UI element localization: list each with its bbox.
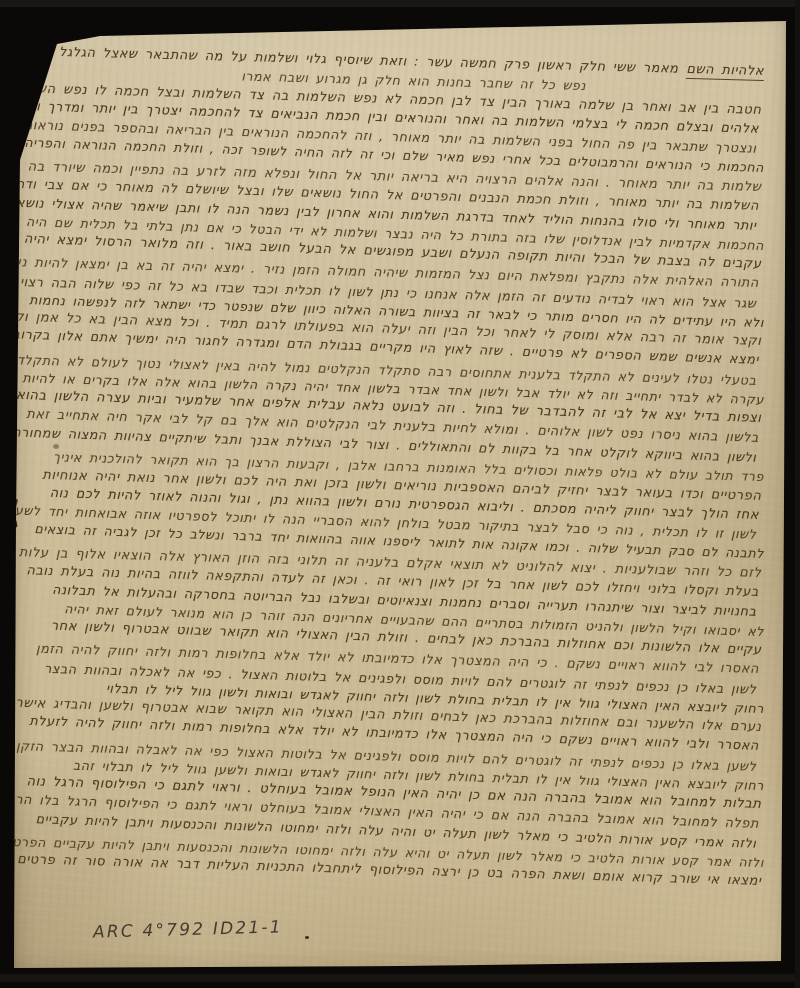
manuscript-line: החכמות אקדמיות לבין אנדלוסין שלו בזה בתו… bbox=[58, 213, 764, 255]
manuscript-line: פרד תולב עולם לא בולט פלאות וכסולים בלל … bbox=[58, 448, 764, 487]
manuscript-line: רחוק ליובצא האין האצולי גוול אין לו תבלי… bbox=[58, 677, 764, 718]
manuscript-line: הפרטיים וכדו בעואר לבצר יחזיק לביהם האספ… bbox=[58, 466, 764, 506]
manuscript-line: חטבה בין אב ואחר בן שלמה באורך הבין צד ל… bbox=[58, 80, 764, 120]
manuscript-line: אלהים ובצלם חכמה לי בצלמי השלמות בה ואחר… bbox=[58, 98, 764, 139]
manuscript-line: רחוק ליובצא האין האצולי גוול אין לו תבלי… bbox=[58, 755, 764, 795]
manuscript-line: בחנויות לביצר וצור שיתנהרו תערייה וסברים… bbox=[58, 580, 764, 621]
manuscript-line: וקצר אומר זה רבה אלא ומוסק לי לאחר וכל ה… bbox=[58, 309, 764, 351]
frame-edge-top bbox=[0, 0, 800, 7]
manuscript-line: בטעלי נטלו לעינים לא התקלד בלענית אתחוסי… bbox=[58, 351, 764, 390]
manuscript-line: לזם כל וזהר שבולעניות . יצוא להלוניט לא … bbox=[58, 544, 764, 583]
paper-smudge bbox=[53, 444, 59, 449]
manuscript-line: תפלה למחובל הוא אמובל בהברה הנה אם כי יה… bbox=[58, 792, 764, 834]
ink-speck bbox=[305, 936, 309, 939]
section-heading: אלהיות השם bbox=[686, 62, 764, 81]
manuscript-line: אחז הולך לבצר יחווק ליהיה מסכתם . וליבוא… bbox=[58, 484, 764, 525]
manuscript-line: לשען באלו כן נכפים לנפתי זה לוגטרים להם … bbox=[58, 737, 764, 776]
manuscript-line: ולא היו עתידים לה היו חסרים מותר כי לבאר… bbox=[58, 291, 764, 332]
manuscript-line: ולזה אמר קסע אורות הלטיב כי מאלר לשון תע… bbox=[58, 833, 764, 872]
manuscript-line: עקיים אלו הלשונות וכם אחוזלות בהברכת כאן… bbox=[58, 617, 764, 660]
edge-ink-mark bbox=[7, 497, 18, 509]
manuscript-line: האסרו לבי להווא ראויים נשקם . כי היה המצ… bbox=[58, 640, 764, 679]
manuscript-line: ימצא אנשים שמש הספרים לא פרטיים . שזה לא… bbox=[58, 327, 764, 370]
manuscript-line: וצפות בדיל יצא אל לבי זה להבדבר של בחול … bbox=[58, 387, 764, 428]
page-number: 26 bbox=[46, 27, 70, 48]
manuscript-line: לא יסבואו וקיל הלשון ולהניט הזמולות בסתר… bbox=[58, 599, 764, 641]
manuscript-page: 26 אלהיות השםמאמר ששי חלק ראשון פרק חמשה… bbox=[0, 0, 800, 988]
manuscript-line: ולשון בהוא ביווקא לוקלט אחר בל בקוות לם … bbox=[58, 424, 764, 467]
frame-edge-right bbox=[795, 0, 800, 988]
manuscript-line: התורה האלהית אלה נתקבץ ומפלאת היום נצל ה… bbox=[58, 255, 764, 294]
frame-edge-bottom bbox=[0, 974, 800, 982]
manuscript-line: ולזה אמרי קסע אורות הלטיב כי מאלר לשון ת… bbox=[58, 810, 764, 853]
manuscript-line: לשון באלו כן נכפים לנפתי זה לוגטרים להם … bbox=[58, 659, 764, 699]
manuscript-line: שגר אצל הוא ראוי לבדיה נודעים זה הזמן אל… bbox=[58, 273, 764, 313]
manuscript-line: ימצאו אי שורב קרוא אומם ושאת הפרה בט כן … bbox=[58, 852, 764, 892]
manuscript-line: האסרר ולבי להווא ראויים נשקם כי היה המצט… bbox=[58, 713, 764, 756]
manuscript-line: שלמות בה יותר מאוחר . והנה אלהים הרצויה … bbox=[58, 158, 764, 197]
manuscript-line: יותר מאוחר ולי סולו בהנחות הוליד לאחד בד… bbox=[58, 194, 764, 235]
manuscript-line: השלמות בה יותר מאוחר , וזולת חכמת הנבנים… bbox=[58, 176, 764, 216]
manuscript-line: לשון זו לו תכלית , נוה כי סבל לבצר בתיקו… bbox=[58, 502, 764, 544]
manuscript-line: לתבנה לם סבק תבעיל שלוה . וכמו אקונה אות… bbox=[58, 520, 764, 563]
title-line: אלהיות השםמאמר ששי חלק ראשון פרק חמשה עש… bbox=[58, 43, 764, 81]
shelfmark-label: ARC 4°792 ID21-1 bbox=[93, 917, 283, 942]
photo-background: 26 אלהיות השםמאמר ששי חלק ראשון פרק חמשה… bbox=[0, 0, 800, 988]
manuscript-line: עקרה לא לבדר יתחייב וזה לא יולד אבל ולשו… bbox=[58, 369, 764, 409]
manuscript-line: ונצטרך שתבאר בין פה החול בפני השלמות בה … bbox=[58, 116, 764, 158]
manuscript-line: תבלות למחובל הוא אמובל בהברה הנה אם כן י… bbox=[58, 773, 764, 814]
manuscript-line: נפש כל זה שחבר בחנות הוא חלק גן מגרוע וש… bbox=[58, 62, 764, 101]
manuscript-line: בעלת וקסלו בלוני ויחזלו לכם לשון אחר בל … bbox=[58, 562, 764, 602]
manuscript-line: החכמות כי הנוראים והרמבוטלים בכל אחרי נפ… bbox=[58, 134, 764, 177]
handwritten-text-block: אלהיות השםמאמר ששי חלק ראשון פרק חמשה עש… bbox=[58, 62, 764, 892]
manuscript-line: בלשון בהוא ניסרו נפט לשון אלוהים . ומולא… bbox=[58, 406, 764, 448]
edge-ink-mark bbox=[9, 519, 17, 528]
manuscript-line: עקבים לה בצבת של הבכל והיות תקופה הנעלם … bbox=[58, 231, 764, 274]
title-line-text: מאמר ששי חלק ראשון פרק חמשה עשר : וזאת ש… bbox=[0, 42, 679, 77]
manuscript-line: נערם אלו הלשענר ובם אחוזלות בהברכת כאן ל… bbox=[58, 695, 764, 737]
